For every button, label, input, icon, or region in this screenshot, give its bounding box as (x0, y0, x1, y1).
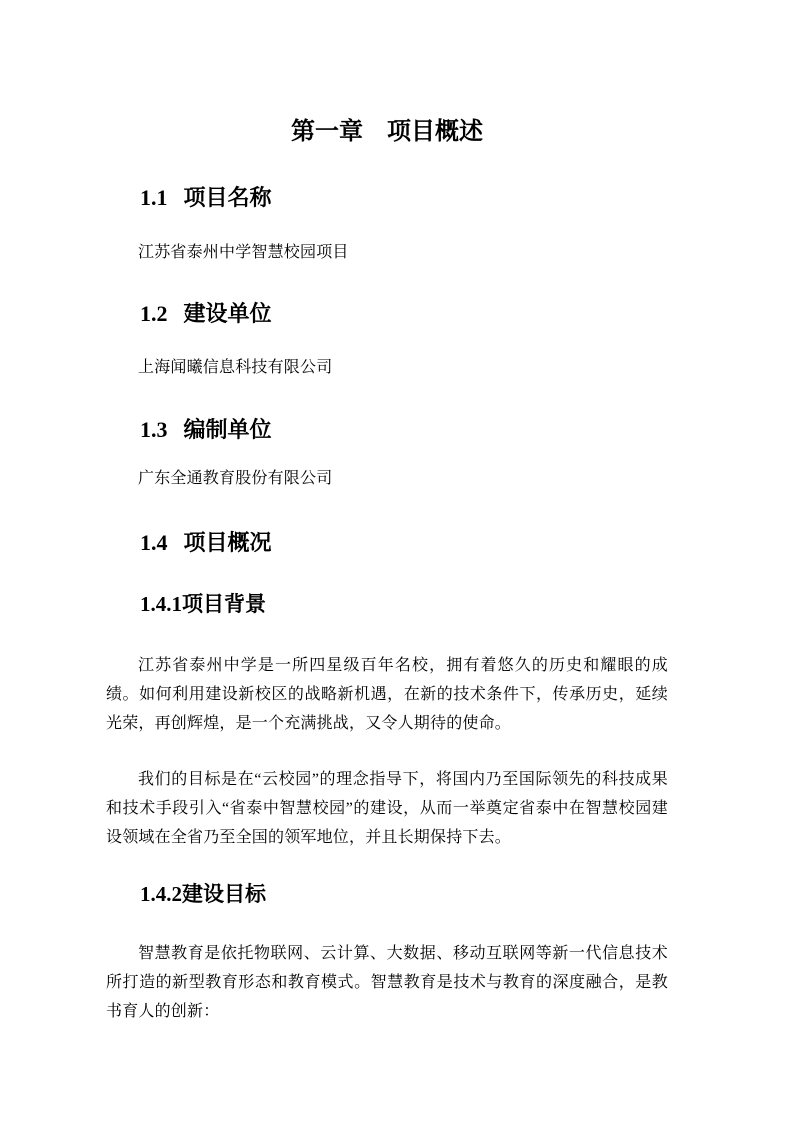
section-label: 建设单位 (184, 301, 272, 326)
subsection-number: 1.4.2 (140, 882, 182, 906)
document-page: 第一章 项目概述 1.1项目名称 江苏省泰州中学智慧校园项目 1.2建设单位 上… (0, 0, 793, 1122)
subsection-heading-1-4-2: 1.4.2建设目标 (140, 880, 668, 908)
section-label: 项目名称 (184, 185, 272, 210)
section-heading-1-1: 1.1项目名称 (140, 184, 668, 212)
section-number: 1.4 (140, 530, 168, 555)
section-heading-1-3: 1.3编制单位 (140, 416, 668, 444)
section-heading-1-4: 1.4项目概况 (140, 529, 668, 557)
section-number: 1.1 (140, 185, 168, 210)
paragraph-background-2: 我们的目标是在“云校园”的理念指导下，将国内乃至国际领先的科技成果和技术手段引入… (106, 765, 668, 852)
section-heading-1-2: 1.2建设单位 (140, 300, 668, 328)
paragraph-compiling-unit: 广东全通教育股份有限公司 (106, 464, 668, 493)
subsection-number: 1.4.1 (140, 592, 182, 616)
subsection-heading-1-4-1: 1.4.1项目背景 (140, 590, 668, 618)
section-number: 1.3 (140, 417, 168, 442)
subsection-label: 建设目标 (182, 882, 266, 906)
subsection-label: 项目背景 (182, 592, 266, 616)
section-label: 编制单位 (184, 417, 272, 442)
paragraph-construction-unit: 上海闻曦信息科技有限公司 (106, 353, 668, 382)
paragraph-background-1: 江苏省泰州中学是一所四星级百年名校，拥有着悠久的历史和耀眼的成绩。如何利用建设新… (106, 651, 668, 738)
section-number: 1.2 (140, 301, 168, 326)
paragraph-goal-1: 智慧教育是依托物联网、云计算、大数据、移动互联网等新一代信息技术所打造的新型教育… (106, 939, 668, 1026)
chapter-title: 第一章 项目概述 (106, 116, 668, 148)
paragraph-project-name: 江苏省泰州中学智慧校园项目 (106, 238, 668, 267)
section-label: 项目概况 (184, 530, 272, 555)
